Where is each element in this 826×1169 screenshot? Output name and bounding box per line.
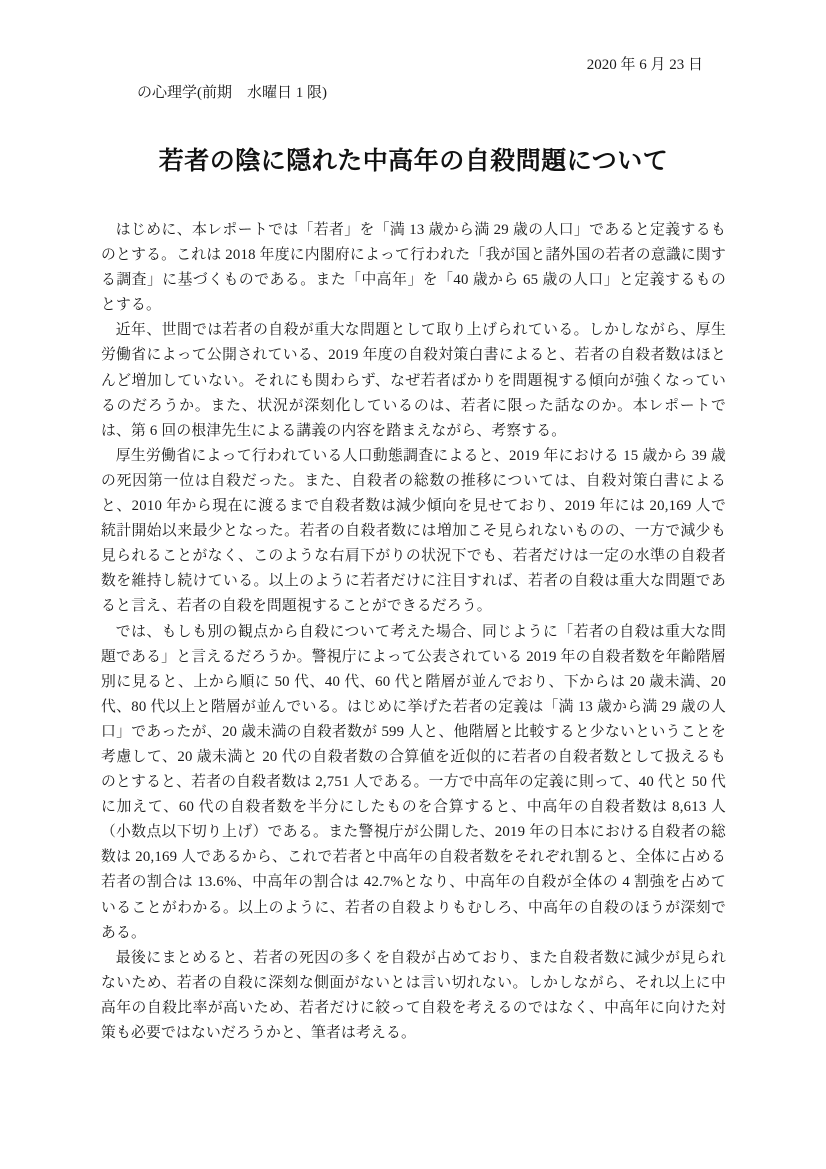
paragraph: では、もしも別の観点から自殺について考えた場合、同じように「若者の自殺は重大な問… [101, 620, 726, 946]
page-title: 若者の陰に隠れた中高年の自殺問題について [101, 143, 726, 179]
paragraph: 近年、世間では若者の自殺が重大な問題として取り上げられている。しかしながら、厚生… [101, 318, 726, 443]
document-date: 2020 年 6 月 23 日 [101, 55, 726, 75]
course-label: の心理学(前期 水曜日 1 限) [101, 83, 726, 103]
paragraph: はじめに、本レポートでは「若者」を「満 13 歳から満 29 歳の人口」であると… [101, 218, 726, 318]
paragraph: 厚生労働省によって行われている人口動態調査によると、2019 年における 15 … [101, 444, 726, 620]
paragraph: 最後にまとめると、若者の死因の多くを自殺が占めており、また自殺者数に減少が見られ… [101, 946, 726, 1046]
document-page: 2020 年 6 月 23 日 の心理学(前期 水曜日 1 限) 若者の陰に隠れ… [0, 0, 826, 1169]
body-paragraphs: はじめに、本レポートでは「若者」を「満 13 歳から満 29 歳の人口」であると… [101, 218, 726, 1046]
